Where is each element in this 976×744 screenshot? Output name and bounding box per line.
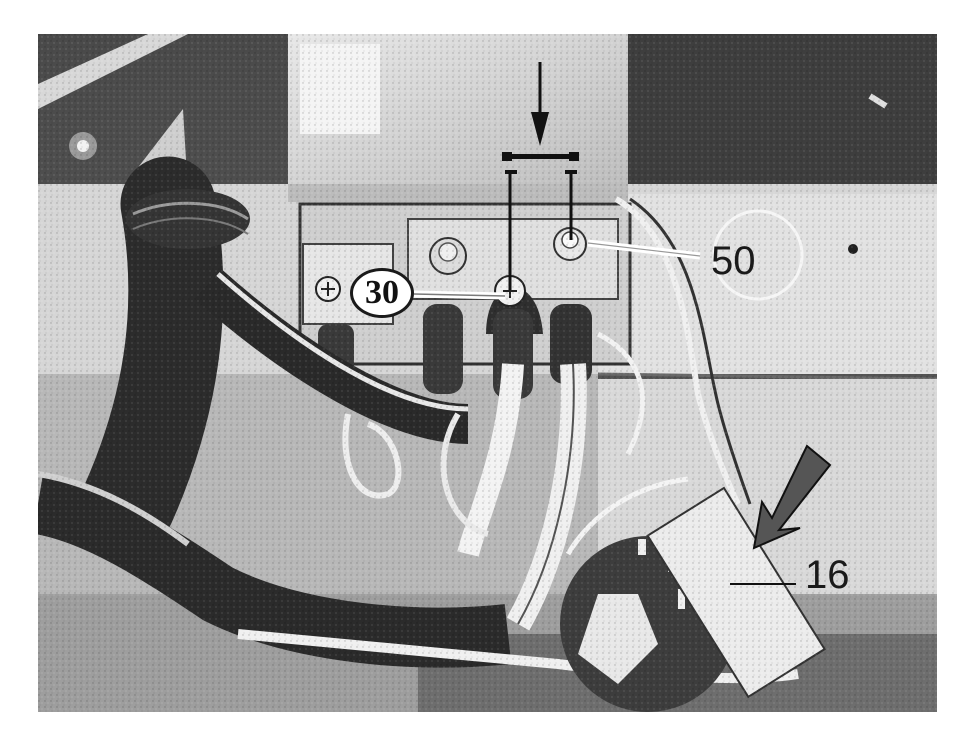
down-arrow-icon xyxy=(502,62,579,290)
terminal-30-label: 30 xyxy=(350,268,414,318)
diagonal-arrow-icon xyxy=(754,446,830,548)
annotation-layer xyxy=(0,0,976,744)
item-16-label: 16 xyxy=(805,555,850,595)
terminal-50-label: 50 xyxy=(711,241,756,281)
